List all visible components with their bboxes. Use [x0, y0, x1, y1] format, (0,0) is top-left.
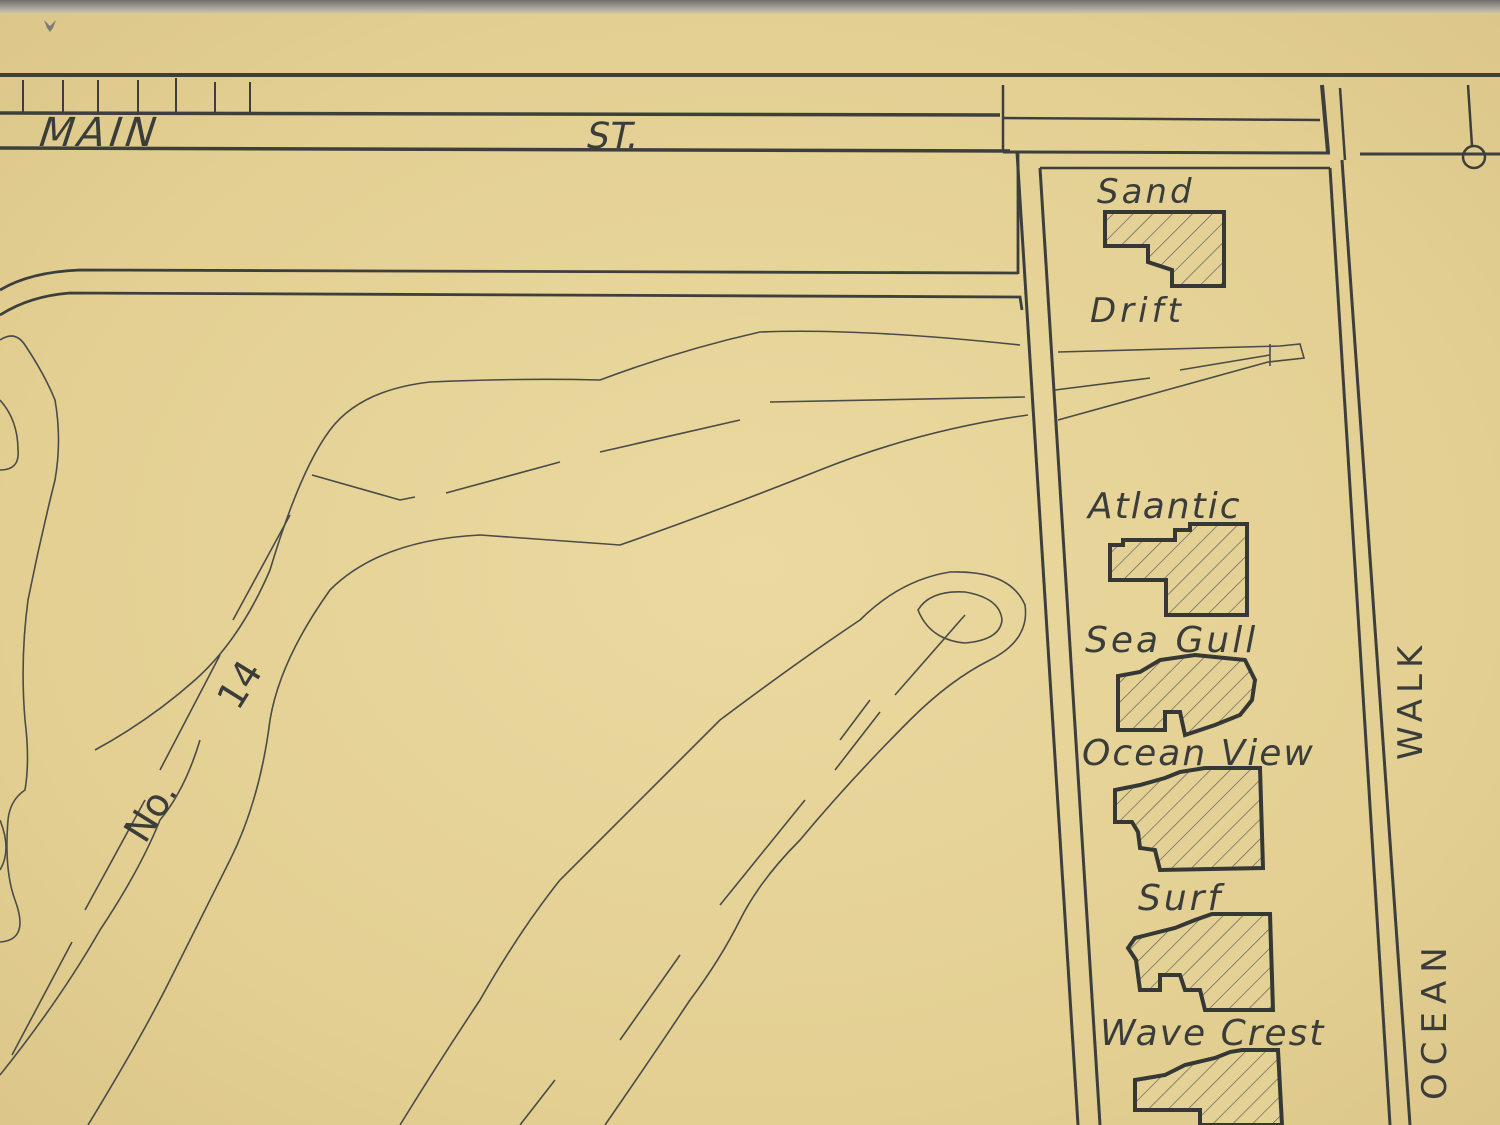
rough-outline	[0, 336, 59, 942]
access-road	[0, 152, 1022, 315]
fairway-no-14: No. 14	[0, 331, 1304, 1125]
building-surf: Surf	[1128, 878, 1273, 1010]
building-label: Drift	[1090, 291, 1185, 331]
scan-speck	[44, 20, 56, 32]
golf-course-map: MAIN ST. WALK OCEAN	[0, 0, 1500, 1125]
main-street-label: MAIN	[32, 109, 167, 156]
building-wave-crest: Wave Crest	[1100, 1013, 1326, 1125]
building-label: Atlantic	[1086, 486, 1242, 527]
map-drawing: MAIN ST. WALK OCEAN	[0, 0, 1500, 1125]
ocean-walk-label-walk: WALK	[1391, 640, 1431, 760]
building-label: Sand	[1097, 172, 1195, 212]
building-ocean-view: Ocean View	[1082, 733, 1315, 870]
main-street-suffix: ST.	[583, 114, 644, 157]
building-sand-drift: Sand Drift	[1090, 172, 1224, 331]
ocean-walk-label-ocean: OCEAN	[1415, 939, 1455, 1100]
main-street: MAIN ST.	[0, 75, 1500, 168]
hole-number-prefix: No.	[115, 773, 186, 850]
building-label: Wave Crest	[1100, 1013, 1326, 1054]
building-atlantic: Atlantic	[1086, 486, 1247, 615]
building-label: Sea Gull	[1085, 620, 1258, 661]
green-area	[400, 572, 1026, 1125]
hole-number: 14	[208, 652, 271, 716]
building-sea-gull: Sea Gull	[1085, 620, 1258, 735]
